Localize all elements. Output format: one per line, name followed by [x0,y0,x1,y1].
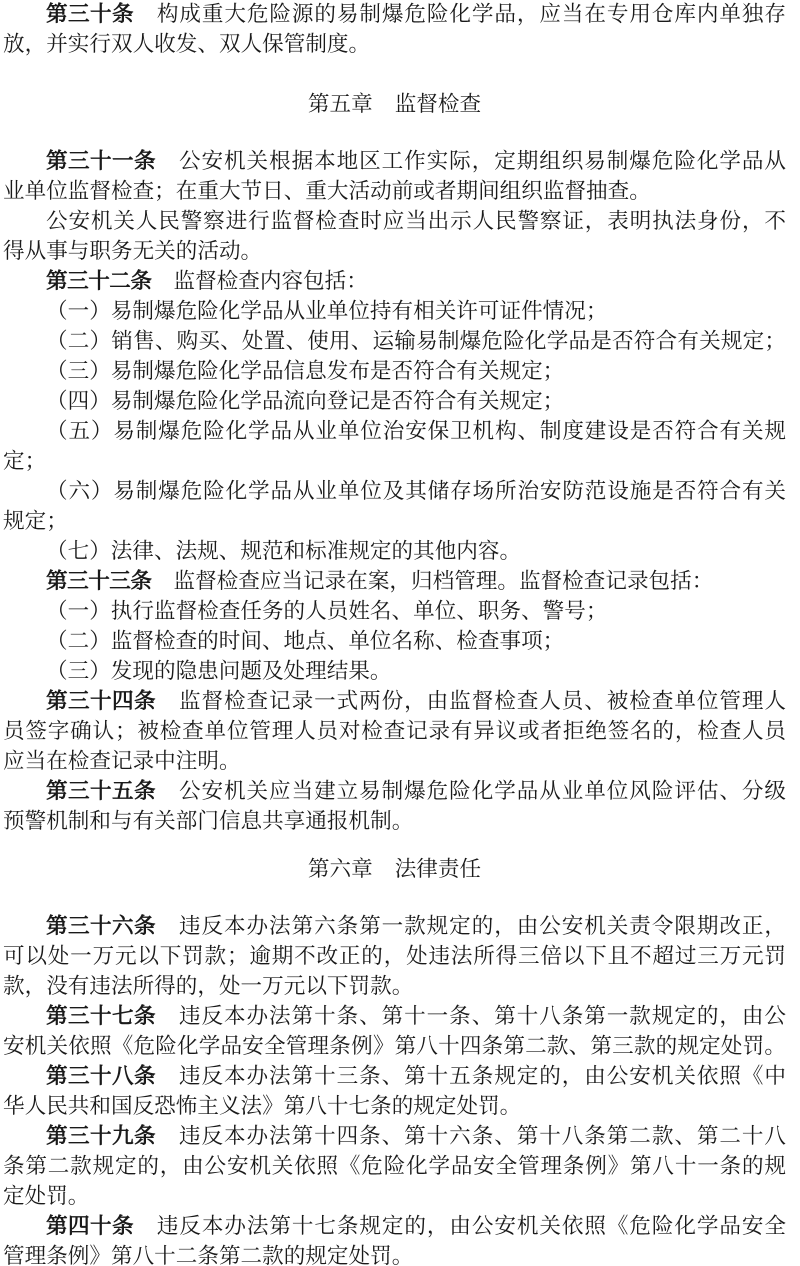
text-line: 华人民共和国反恐怖主义法》第八十七条的规定处罚。 [3,1092,786,1122]
text-line: 得从事与职务无关的活动。 [3,237,786,267]
article-number: 第三十一条 [46,149,156,174]
article-heading-line: 第三十七条违反本办法第十条、第十一条、第十八条第一款规定的，由公 [3,1002,786,1032]
chapter-heading: 第五章监督检查 [3,90,786,120]
chapter-heading: 第六章法律责任 [3,855,786,885]
text-line: （一）易制爆危险化学品从业单位持有相关许可证件情况； [3,297,786,327]
body-text: （三）发现的隐患问题及处理结果。 [46,659,392,684]
text-line: 条第二款规定的，由公安机关依照《危险化学品安全管理条例》第八十一条的规 [3,1152,786,1182]
article-number: 第三十四条 [46,689,156,714]
body-text: 构成重大危险源的易制爆危险化学品，应当在专用仓库内单独存 [156,2,786,27]
body-text: 得从事与职务无关的活动。 [3,239,262,264]
chapter-title: 监督检查 [395,92,481,117]
text-line: （二）监督检查的时间、地点、单位名称、检查事项； [3,627,786,657]
article-heading-line: 第四十条违反本办法第十七条规定的，由公安机关依照《危险化学品安全 [3,1212,786,1242]
text-line: （二）销售、购买、处置、使用、运输易制爆危险化学品是否符合有关规定； [3,327,786,357]
body-text: （二）监督检查的时间、地点、单位名称、检查事项； [46,629,564,654]
body-text: （三）易制爆危险化学品信息发布是否符合有关规定； [46,359,564,384]
article-number: 第三十九条 [46,1124,156,1149]
body-text: 管理条例》第八十二条第二款的规定处罚。 [3,1244,413,1266]
body-text: 违反本办法第十四条、第十六条、第十八条第二款、第二十八 [178,1124,786,1149]
text-line: （一）执行监督检查任务的人员姓名、单位、职务、警号； [3,597,786,627]
body-text: 安机关依照《危险化学品安全管理条例》第八十四条第二款、第三款的规定处罚。 [3,1034,786,1059]
body-text: 定处罚。 [3,1184,89,1209]
text-line: （三）易制爆危险化学品信息发布是否符合有关规定； [3,357,786,387]
article-heading-line: 第三十条构成重大危险源的易制爆危险化学品，应当在专用仓库内单独存 [3,0,786,30]
article-heading-line: 第三十三条监督检查应当记录在案，归档管理。监督检查记录包括： [3,567,786,597]
body-text: 违反本办法第六条第一款规定的，由公安机关责令限期改正， [178,914,786,939]
body-text: 违反本办法第十七条规定的，由公安机关依照《危险化学品安全 [156,1214,786,1239]
text-line: 管理条例》第八十二条第二款的规定处罚。 [3,1242,786,1266]
article-number: 第三十六条 [46,914,156,939]
text-line: 预警机制和与有关部门信息共享通报机制。 [3,807,786,837]
article-number: 第三十七条 [46,1004,156,1029]
chapter-number: 第六章 [308,857,373,882]
body-text: （六）易制爆危险化学品从业单位及其储存场所治安防范设施是否符合有关 [46,479,786,504]
body-text: 华人民共和国反恐怖主义法》第八十七条的规定处罚。 [3,1094,521,1119]
body-text: （一）执行监督检查任务的人员姓名、单位、职务、警号； [46,599,607,624]
body-text: 违反本办法第十三条、第十五条规定的，由公安机关依照《中 [178,1064,786,1089]
article-number: 第三十条 [46,2,134,27]
body-text: 条第二款规定的，由公安机关依照《危险化学品安全管理条例》第八十一条的规 [3,1154,786,1179]
article-heading-line: 第三十二条监督检查内容包括： [3,267,786,297]
body-text: （七）法律、法规、规范和标准规定的其他内容。 [46,539,521,564]
article-number: 第三十八条 [46,1064,156,1089]
article-heading-line: 第三十九条违反本办法第十四条、第十六条、第十八条第二款、第二十八 [3,1122,786,1152]
article-heading-line: 第三十一条公安机关根据本地区工作实际，定期组织易制爆危险化学品从 [3,147,786,177]
text-line: 安机关依照《危险化学品安全管理条例》第八十四条第二款、第三款的规定处罚。 [3,1032,786,1062]
text-line: 规定； [3,507,786,537]
text-line: 公安机关人民警察进行监督检查时应当出示人民警察证，表明执法身份，不 [3,207,786,237]
text-line: （四）易制爆危险化学品流向登记是否符合有关规定； [3,387,786,417]
text-line: 定处罚。 [3,1182,786,1212]
body-text: 监督检查应当记录在案，归档管理。监督检查记录包括： [173,569,713,594]
body-text: 预警机制和与有关部门信息共享通报机制。 [3,809,413,834]
chapter-number: 第五章 [308,92,373,117]
body-text: （五）易制爆危险化学品从业单位治安保卫机构、制度建设是否符合有关规 [46,419,786,444]
body-text: 款，没有违法所得的，处一万元以下罚款。 [3,974,413,999]
article-number: 第三十三条 [46,569,151,594]
article-number: 第三十五条 [46,779,156,804]
article-heading-line: 第三十五条公安机关应当建立易制爆危险化学品从业单位风险评估、分级 [3,777,786,807]
body-text: 监督检查内容包括： [173,269,367,294]
article-heading-line: 第三十八条违反本办法第十三条、第十五条规定的，由公安机关依照《中 [3,1062,786,1092]
article-number: 第四十条 [46,1214,134,1239]
body-text: 员签字确认；被检查单位管理人员对检查记录有异议或者拒绝签名的，检查人员 [3,719,786,744]
text-line: （三）发现的隐患问题及处理结果。 [3,657,786,687]
body-text: 公安机关根据本地区工作实际，定期组织易制爆危险化学品从 [178,149,786,174]
chapter-title: 法律责任 [395,857,481,882]
body-text: 违反本办法第十条、第十一条、第十八条第一款规定的，由公 [178,1004,786,1029]
text-line: 可以处一万元以下罚款；逾期不改正的，处违法所得三倍以下且不超过三万元罚 [3,942,786,972]
body-text: 放，并实行双人收发、双人保管制度。 [3,32,370,57]
body-text: 应当在检查记录中注明。 [3,749,241,774]
body-text: 公安机关人民警察进行监督检查时应当出示人民警察证，表明执法身份，不 [46,209,786,234]
text-line: 定； [3,447,786,477]
body-text: 可以处一万元以下罚款；逾期不改正的，处违法所得三倍以下且不超过三万元罚 [3,944,786,969]
body-text: 业单位监督检查；在重大节日、重大活动前或者期间组织监督抽查。 [3,179,651,204]
text-line: 款，没有违法所得的，处一万元以下罚款。 [3,972,786,1002]
article-heading-line: 第三十四条监督检查记录一式两份，由监督检查人员、被检查单位管理人 [3,687,786,717]
body-text: （四）易制爆危险化学品流向登记是否符合有关规定； [46,389,564,414]
article-heading-line: 第三十六条违反本办法第六条第一款规定的，由公安机关责令限期改正， [3,912,786,942]
article-number: 第三十二条 [46,269,151,294]
body-text: （二）销售、购买、处置、使用、运输易制爆危险化学品是否符合有关规定； [46,329,786,354]
body-text: 规定； [3,509,68,534]
text-line: （七）法律、法规、规范和标准规定的其他内容。 [3,537,786,567]
text-line: 放，并实行双人收发、双人保管制度。 [3,30,786,60]
body-text: 定； [3,449,46,474]
body-text: （一）易制爆危险化学品从业单位持有相关许可证件情况； [46,299,607,324]
body-text: 公安机关应当建立易制爆危险化学品从业单位风险评估、分级 [178,779,786,804]
text-line: 应当在检查记录中注明。 [3,747,786,777]
text-line: （五）易制爆危险化学品从业单位治安保卫机构、制度建设是否符合有关规 [3,417,786,447]
text-line: 业单位监督检查；在重大节日、重大活动前或者期间组织监督抽查。 [3,177,786,207]
text-line: 员签字确认；被检查单位管理人员对检查记录有异议或者拒绝签名的，检查人员 [3,717,786,747]
text-line: （六）易制爆危险化学品从业单位及其储存场所治安防范设施是否符合有关 [3,477,786,507]
body-text: 监督检查记录一式两份，由监督检查人员、被检查单位管理人 [178,689,786,714]
